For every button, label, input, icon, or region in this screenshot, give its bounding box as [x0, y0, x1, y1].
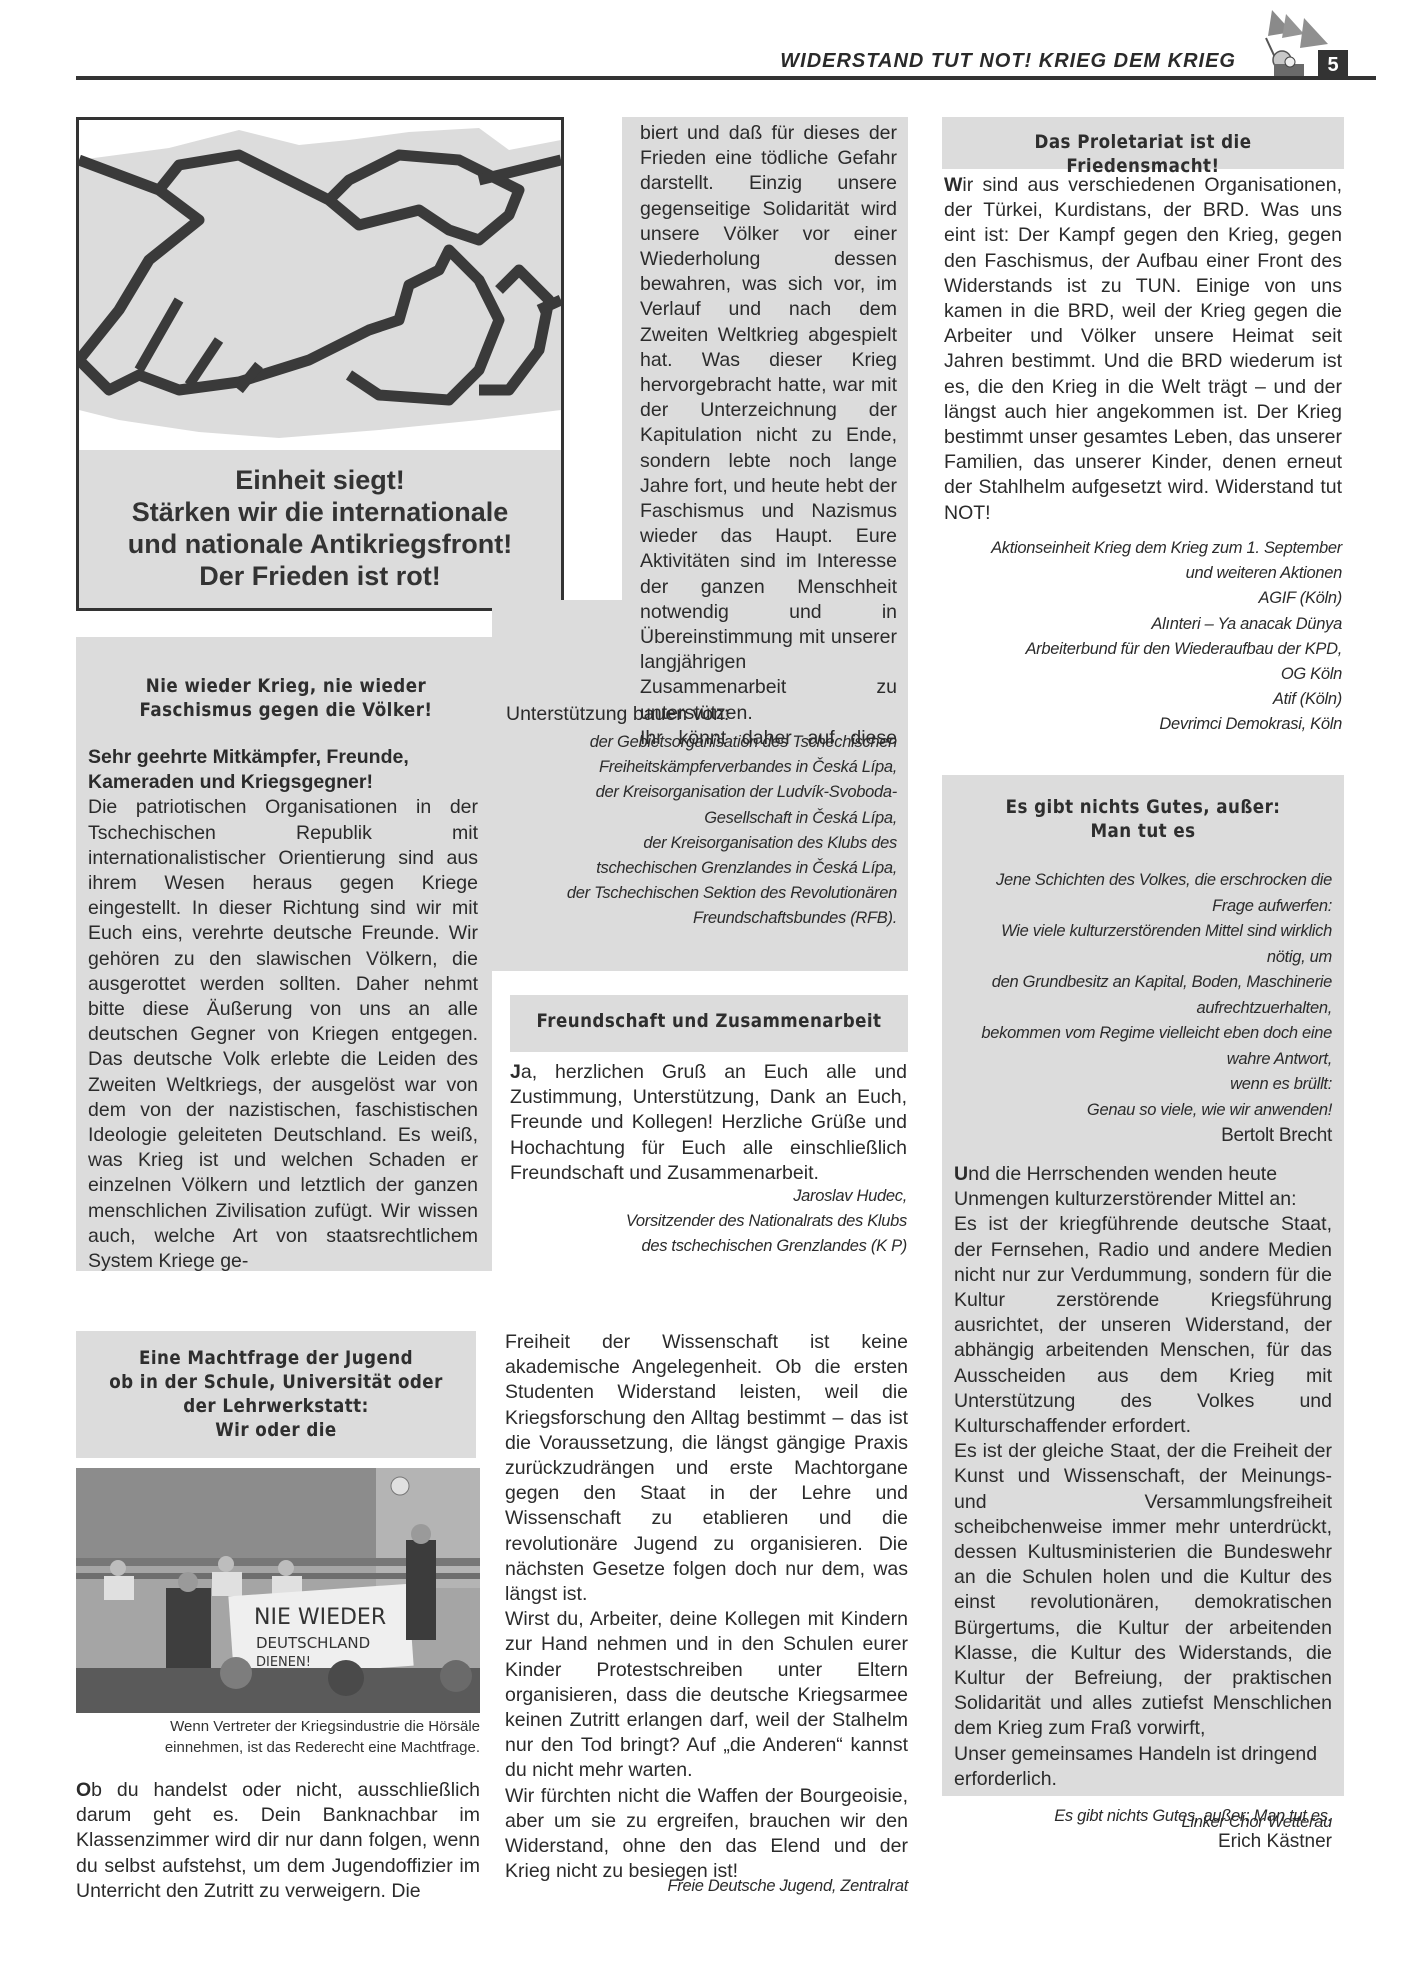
headline-line: Faschismus gegen die Völker! [136, 698, 435, 722]
article-youth-paragraph: b du handelst oder nicht, ausschließlich… [76, 1779, 480, 1902]
drop-letter: J [510, 1061, 521, 1083]
poem-line: wenn es brüllt: [950, 1072, 1332, 1098]
svg-text:DEUTSCHLAND: DEUTSCHLAND [256, 1634, 370, 1652]
poem-line: den Grundbesitz an Kapital, Boden, Masch… [950, 970, 1332, 996]
article-youth-continuation: Freiheit der Wissenschaft ist keine akad… [505, 1330, 908, 1884]
headline-line: Man tut es [966, 819, 1320, 843]
signature-line: des tschechischen Grenzlandes (K P) [510, 1234, 907, 1259]
poster-caption-line: Der Frieden ist rot! [79, 560, 561, 592]
drop-letter: O [76, 1779, 91, 1801]
signature-line: der Kreisorganisation der Ludvík-Svoboda… [506, 780, 897, 805]
article-czech-tail: Unterstützung bauen von: [506, 702, 897, 727]
article-friendship-paragraph: a, herzlichen Gruß an Euch alle und Zust… [510, 1061, 907, 1184]
signature-line: tschechischen Grenzlandes in Česká Lípa, [506, 856, 897, 881]
poem-author: Bertolt Brecht [950, 1123, 1332, 1149]
headline-line: der Lehrwerkstatt: [100, 1394, 452, 1418]
article-culture-paragraph: Es ist der gleiche Staat, der die Freihe… [954, 1439, 1332, 1741]
article-proletariat-signature: Aktionseinheit Krieg dem Krieg zum 1. Se… [944, 536, 1342, 738]
photo-caption: Wenn Vertreter der Kriegsindustrie die H… [76, 1716, 480, 1758]
article-czech-headline: Nie wieder Krieg, nie wieder Faschismus … [136, 674, 435, 722]
poem-line: Genau so viele, wie wir anwenden! [950, 1098, 1332, 1124]
signature-line: Gesellschaft in Česká Lípa, [506, 806, 897, 831]
article-friendship-headline: Freundschaft und Zusammenarbeit [534, 1009, 884, 1033]
article-youth-signature: Freie Deutsche Jugend, Zentralrat [505, 1874, 908, 1899]
headline-line: Nie wieder Krieg, nie wieder [136, 674, 435, 698]
article-youth-paragraph: Wirst du, Arbeiter, deine Kollegen mit K… [505, 1607, 908, 1783]
signature-line: Freiheitskämpferverbandes in Česká Lípa, [506, 755, 897, 780]
caption-line: einnehmen, ist das Rederecht eine Machtf… [76, 1737, 480, 1758]
article-youth-paragraph: Freiheit der Wissenschaft ist keine akad… [505, 1330, 908, 1607]
article-youth-headline: Eine Machtfrage der Jugend ob in der Sch… [100, 1346, 452, 1442]
article-culture-paragraph: Unser gemeinsames Handeln ist dringend e… [954, 1742, 1332, 1792]
poem-line: Frage aufwerfen: [950, 894, 1332, 920]
signature-line: Jaroslav Hudec, [510, 1184, 907, 1209]
signature-line: der Kreisorganisation des Klubs des [506, 831, 897, 856]
signature-line: Atif (Köln) [944, 687, 1342, 712]
signature-line: und weiteren Aktionen [944, 561, 1342, 586]
article-proletariat-headline: Das Proletariat ist die Friedensmacht! [966, 130, 1320, 178]
salutation-line: Sehr geehrte Mitkämpfer, Freunde, [88, 745, 478, 770]
article-culture-headline: Es gibt nichts Gutes, außer: Man tut es [966, 795, 1320, 843]
lecture-hall-protest-photo: NIE WIEDER DEUTSCHLAND DIENEN! [76, 1468, 480, 1713]
article-czech-paragraph: biert und daß für dieses der Frieden ein… [640, 121, 897, 726]
caption-line: Wenn Vertreter der Kriegsindustrie die H… [76, 1716, 480, 1737]
running-header-title: WIDERSTAND TUT NOT! KRIEG DEM KRIEG [780, 50, 1236, 73]
article-proletariat-paragraph: ir sind aus verschiedenen Organisationen… [944, 174, 1342, 524]
red-flags-logo-icon [1252, 4, 1328, 80]
article-culture-body: Und die Herrschenden wenden heute Unmeng… [954, 1162, 1332, 1854]
signature-line: Vorsitzender des Nationalrats des Klubs [510, 1209, 907, 1234]
article-culture-paragraph: nd die Herrschenden wenden heute Unmenge… [954, 1163, 1297, 1210]
article-proletariat-body: Wir sind aus verschiedenen Organisatione… [944, 173, 1342, 526]
clasped-hands-illustration-icon [79, 120, 561, 450]
drop-letter: W [944, 174, 962, 196]
poem-line: wahre Antwort, [950, 1047, 1332, 1073]
article-friendship-signature: Jaroslav Hudec, Vorsitzender des Nationa… [510, 1184, 907, 1260]
article-czech-continuation: biert und daß für dieses der Frieden ein… [640, 121, 897, 751]
poster-caption-line: Stärken wir die internationale [79, 496, 561, 528]
brecht-poem: Jene Schichten des Volkes, die erschrock… [950, 868, 1332, 1149]
poem-line: nötig, um [950, 945, 1332, 971]
header-rule [76, 76, 1376, 80]
svg-text:DIENEN!: DIENEN! [256, 1655, 311, 1670]
poem-line: bekommen vom Regime vielleicht eben doch… [950, 1021, 1332, 1047]
banner-text: NIE WIEDER [254, 1605, 386, 1630]
article-friendship-body: Ja, herzlichen Gruß an Euch alle und Zus… [510, 1060, 907, 1186]
article-culture-signature: Linker Chor Wetterau [954, 1810, 1332, 1835]
signature-line: Devrimci Demokrasi, Köln [944, 712, 1342, 737]
article-czech-paragraph: Die patriotischen Organisationen in der … [88, 795, 478, 1274]
poem-line: Jene Schichten des Volkes, die erschrock… [950, 868, 1332, 894]
headline-line: ob in der Schule, Universität oder [100, 1370, 452, 1394]
poster-caption: Einheit siegt! Stärken wir die internati… [79, 450, 561, 608]
headline-line: Eine Machtfrage der Jugend [100, 1346, 452, 1370]
signature-line: der Gebietsorganisation des Tschechische… [506, 730, 897, 755]
signature-line: Freundschaftsbundes (RFB). [506, 906, 897, 931]
signature-line: Arbeiterbund für den Wiederaufbau der KP… [944, 637, 1342, 662]
poster-caption-line: und nationale Antikriegsfront! [79, 528, 561, 560]
poster-box: Einheit siegt! Stärken wir die internati… [76, 117, 564, 611]
drop-letter: U [954, 1163, 968, 1185]
article-youth-body: Ob du handelst oder nicht, ausschließlic… [76, 1778, 480, 1904]
poem-line: Wie viele kulturzerstörenden Mittel sind… [950, 919, 1332, 945]
headline-line: Wir oder die [100, 1418, 452, 1442]
signature-line: OG Köln [944, 662, 1342, 687]
poster-caption-line: Einheit siegt! [79, 464, 561, 496]
poem-line: aufrechtzuerhalten, [950, 996, 1332, 1022]
signature-line: Alınteri – Ya anacak Dünya [944, 612, 1342, 637]
signature-line: Aktionseinheit Krieg dem Krieg zum 1. Se… [944, 536, 1342, 561]
article-czech-signature: der Gebietsorganisation des Tschechische… [506, 730, 897, 932]
salutation-line: Kameraden und Kriegsgegner! [88, 770, 478, 795]
article-czech-body: Sehr geehrte Mitkämpfer, Freunde, Kamera… [88, 745, 478, 1274]
article-youth-paragraph: Wir fürchten nicht die Waffen der Bourge… [505, 1784, 908, 1885]
article-culture-paragraph: Es ist der kriegführende deutsche Staat,… [954, 1212, 1332, 1439]
article-czech-salutation: Sehr geehrte Mitkämpfer, Freunde, Kamera… [88, 745, 478, 795]
headline-line: Es gibt nichts Gutes, außer: [966, 795, 1320, 819]
signature-line: der Tschechischen Sektion des Revolution… [506, 881, 897, 906]
signature-line: AGIF (Köln) [944, 586, 1342, 611]
